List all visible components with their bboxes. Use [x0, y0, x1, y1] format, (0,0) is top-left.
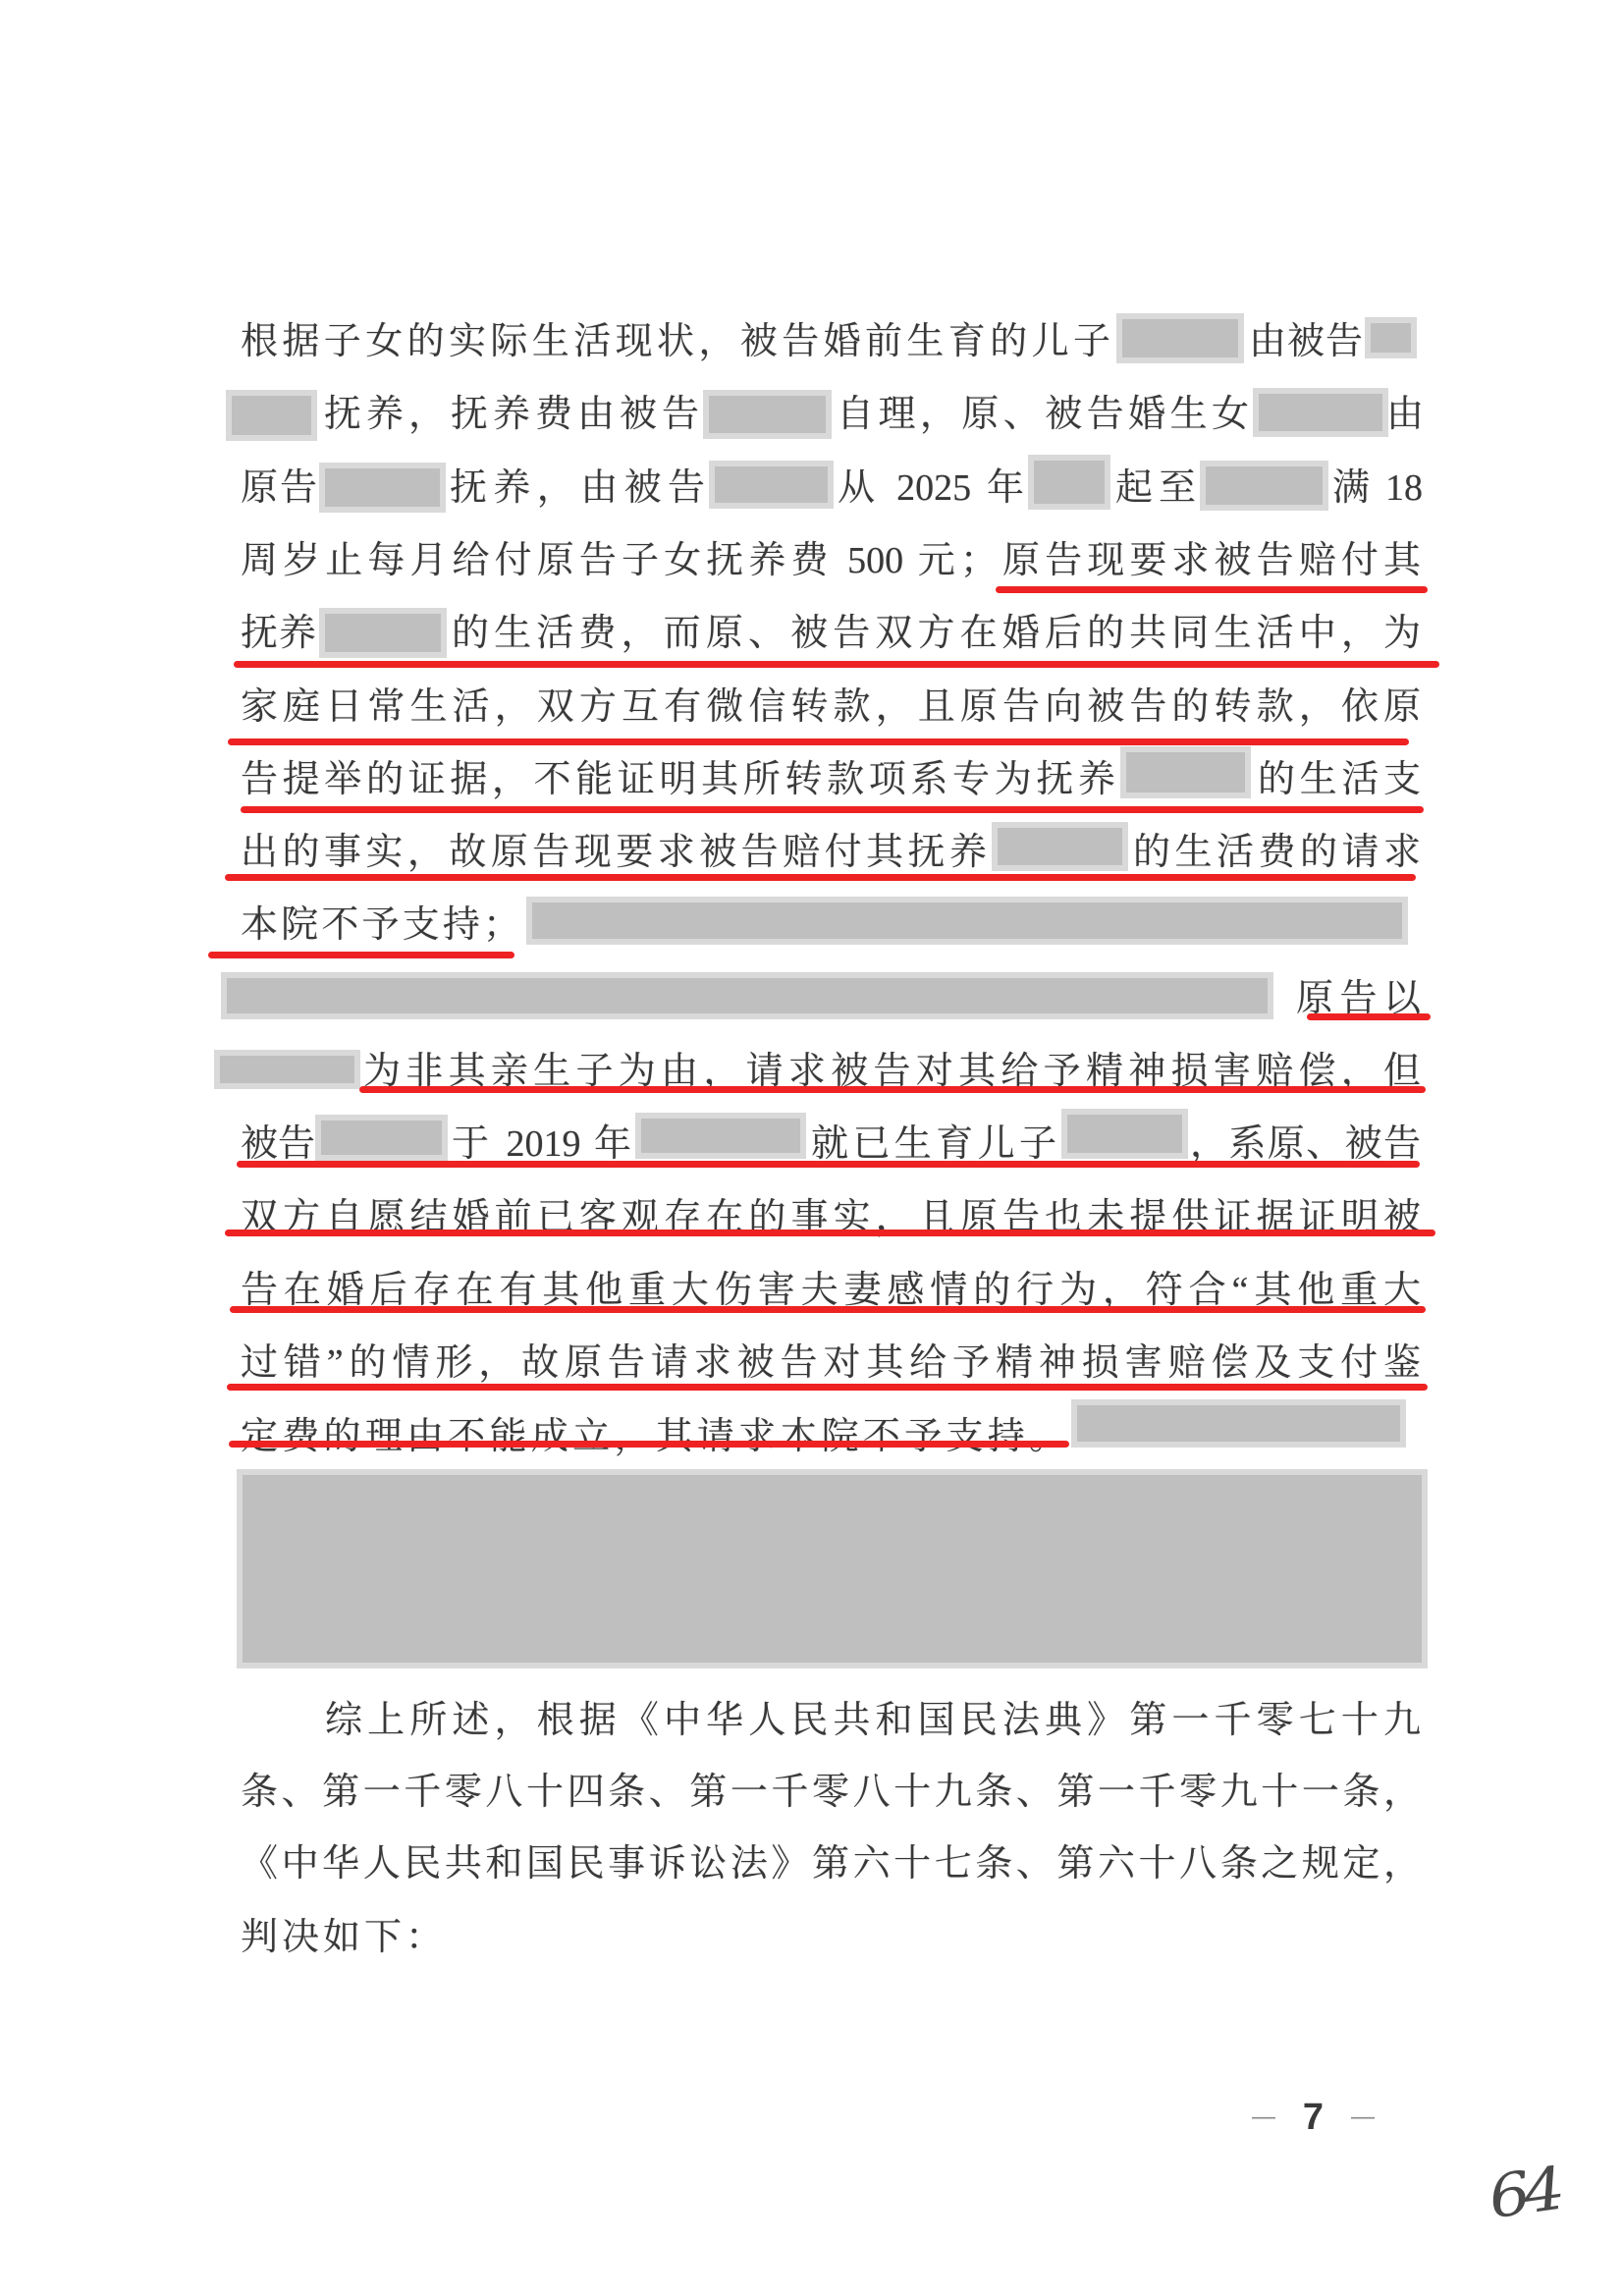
text-segment: 从 2025 年: [838, 452, 1024, 524]
text-line: 告在婚后存在有其他重大伤害夫妻感情的行为，符合“其他重大: [0, 1254, 1623, 1327]
page-number: — 7 —: [1252, 2096, 1375, 2139]
redaction-box: [221, 972, 1273, 1019]
text-segment: 原告: [241, 452, 317, 524]
red-underline-annotation: [227, 1384, 1428, 1391]
redaction-box: [526, 897, 1408, 945]
text-segment: 的生活支: [1258, 743, 1421, 816]
text-segment: 根据子女的实际生活现状，被告婚前生育的儿子: [241, 305, 1110, 378]
redaction-box: [226, 390, 317, 441]
text-line: 双方自愿结婚前已客观存在的事实，且原告也未提供证据证明被: [0, 1181, 1623, 1254]
page-number-dash-left: —: [1252, 2104, 1275, 2131]
text-segment: 家庭日常生活，双方互有微信转款，且原告向被告的转款，依原: [241, 671, 1421, 743]
text-line: 抚养 的生活费，而原、被告双方在婚后的共同生活中，为: [0, 597, 1623, 670]
redaction-box: [319, 608, 447, 658]
redaction-box: [214, 1050, 360, 1089]
text-line: 原告 抚养，由被告 从 2025 年 起至 满 18: [0, 452, 1623, 524]
text-line: 抚养，抚养费由被告 自理，原、被告婚生女 由: [0, 378, 1623, 451]
text-segment: 为非其亲生子为由，请求被告对其给予精神损害赔偿，但: [363, 1035, 1421, 1108]
text-line: 原告以: [0, 962, 1623, 1035]
text-segment: 起至: [1115, 452, 1196, 524]
text-segment: 的生活费，而原、被告双方在婚后的共同生活中，为: [452, 597, 1421, 670]
red-underline-annotation: [229, 1441, 1069, 1448]
text-segment: 本院不予支持；: [241, 889, 520, 961]
redaction-box: [319, 463, 446, 513]
redaction-box: [1071, 1399, 1406, 1448]
red-underline-annotation: [996, 586, 1428, 593]
redaction-box: [992, 822, 1128, 871]
text-line: 定费的理由不能成立，其请求本院不予支持。: [0, 1400, 1623, 1473]
text-segment: 满 18: [1332, 452, 1423, 524]
redaction-box: [635, 1113, 806, 1159]
text-line: 过错”的情形，故原告请求被告对其给予精神损害赔偿及支付鉴: [0, 1327, 1623, 1399]
text-segment: 抚养，抚养费由被告: [324, 378, 699, 451]
document-page: 根据子女的实际生活现状，被告婚前生育的儿子 由被告 抚养，抚养费由被告 自理，原…: [0, 0, 1623, 2296]
text-segment: 告在婚后存在有其他重大伤害夫妻感情的行为，符合“其他重大: [241, 1254, 1421, 1327]
conclusion-line: 判决如下：: [0, 1901, 1623, 1974]
text-line: 家庭日常生活，双方互有微信转款，且原告向被告的转款，依原: [0, 671, 1623, 743]
red-underline-annotation: [1307, 1013, 1431, 1020]
text-segment: 就已生育儿子: [811, 1108, 1056, 1180]
red-underline-annotation: [237, 1161, 1420, 1168]
text-line: 本院不予支持；: [0, 889, 1623, 961]
redaction-box: [1253, 388, 1388, 437]
text-segment: 于 2019 年: [452, 1108, 631, 1180]
page-number-dash-right: —: [1351, 2104, 1375, 2131]
text-segment: 定费的理由不能成立，其请求本院不予支持。: [241, 1400, 1066, 1473]
text-segment: 《中华人民共和国民事诉讼法》第六十七条、第六十八条之规定，: [241, 1828, 1421, 1900]
redaction-box: [1365, 317, 1417, 358]
redaction-box: [1028, 455, 1110, 510]
red-underline-annotation: [225, 1230, 1435, 1236]
conclusion-line: 条、第一千零八十四条、第一千零八十九条、第一千零九十一条，: [0, 1756, 1623, 1829]
text-segment: 由被告: [1249, 305, 1363, 378]
text-segment: 抚养，由被告: [450, 452, 705, 524]
text-line: 出的事实，故原告现要求被告赔付其抚养 的生活费的请求: [0, 816, 1623, 889]
text-segment: 抚养: [241, 597, 316, 670]
redaction-box: [709, 461, 834, 509]
text-line: 被告 于 2019 年 就已生育儿子 ，系原、被告: [0, 1108, 1623, 1180]
text-line: 根据子女的实际生活现状，被告婚前生育的儿子 由被告: [0, 305, 1623, 378]
text-segment: 由: [1384, 378, 1424, 451]
text-segment: ，系原、被告: [1190, 1108, 1421, 1180]
redaction-box: [315, 1115, 448, 1161]
redaction-box: [1200, 461, 1328, 511]
text-segment: 被告: [241, 1108, 312, 1180]
red-underline-annotation: [234, 661, 1439, 668]
red-underline-annotation: [208, 952, 514, 958]
redaction-box: [1061, 1109, 1188, 1159]
text-segment: 自理，原、被告婚生女: [837, 378, 1249, 451]
handwritten-folio-number: 64: [1485, 2150, 1602, 2243]
conclusion-line: 《中华人民共和国民事诉讼法》第六十七条、第六十八条之规定，: [0, 1828, 1623, 1900]
page-number-value: 7: [1303, 2097, 1324, 2139]
text-line: 周岁止每月给付原告子女抚养费 500 元；原告现要求被告赔付其: [0, 524, 1623, 597]
red-underline-annotation: [359, 1086, 1426, 1093]
conclusion-line: 综上所述，根据《中华人民共和国民法典》第一千零七十九: [0, 1684, 1623, 1757]
text-segment: 告提举的证据，不能证明其所转款项系专为抚养: [241, 743, 1115, 816]
text-segment: 综上所述，根据《中华人民共和国民法典》第一千零七十九: [325, 1684, 1421, 1757]
redaction-box: [703, 390, 832, 439]
text-line: 告提举的证据，不能证明其所转款项系专为抚养 的生活支: [0, 743, 1623, 816]
text-segment: 双方自愿结婚前已客观存在的事实，且原告也未提供证据证明被: [241, 1181, 1421, 1254]
red-underline-annotation: [225, 874, 1416, 881]
redaction-box: [1120, 746, 1251, 798]
redaction-box: [1116, 313, 1244, 363]
text-segment: 条、第一千零八十四条、第一千零八十九条、第一千零九十一条，: [241, 1756, 1421, 1829]
text-line: 为非其亲生子为由，请求被告对其给予精神损害赔偿，但: [0, 1035, 1623, 1108]
redacted-block: [237, 1469, 1428, 1668]
text-segment: 判决如下：: [241, 1901, 633, 1974]
red-underline-annotation: [230, 1306, 1426, 1313]
red-underline-annotation: [241, 806, 1424, 813]
text-segment: 原告以: [1296, 962, 1421, 1035]
